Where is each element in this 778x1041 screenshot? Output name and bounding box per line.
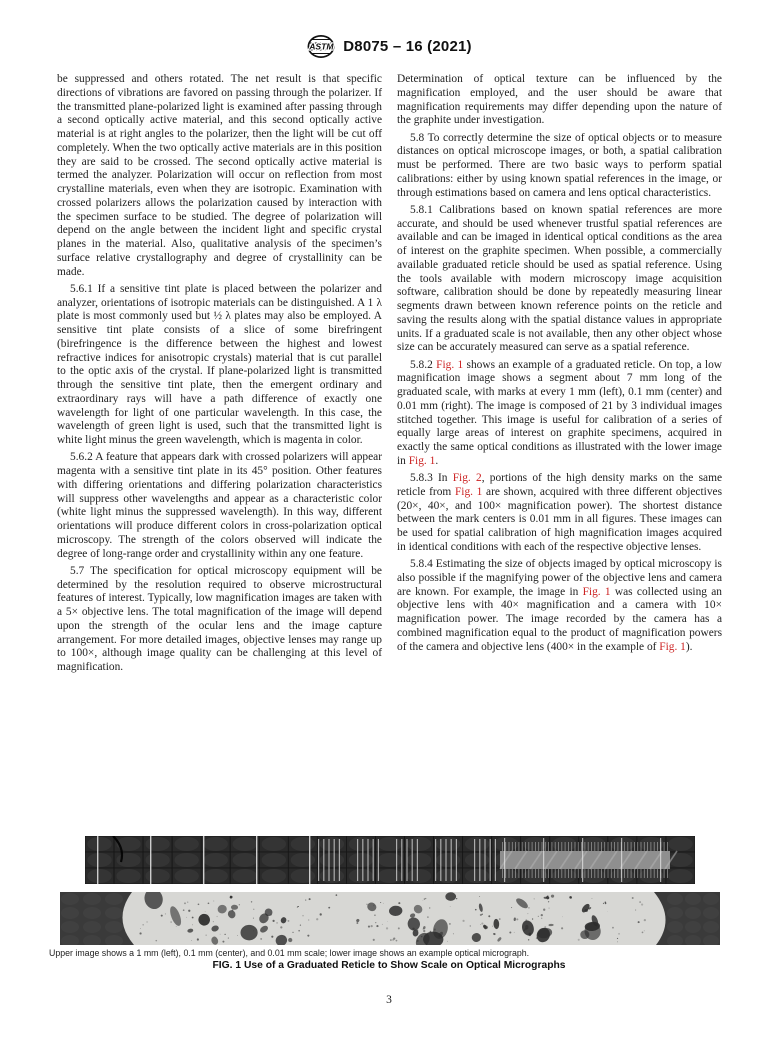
paragraph: 5.8.2 Fig. 1 shows an example of a gradu… — [397, 359, 722, 469]
graduated-reticle-image — [85, 836, 695, 884]
text-segment: 5.8.2 — [410, 359, 436, 371]
figure-reference-link[interactable]: Fig. 1 — [583, 586, 611, 598]
optical-micrograph-image — [60, 892, 720, 945]
svg-text:ASTM: ASTM — [308, 42, 334, 52]
text-segment: 5.8.1 Calibrations based on known spatia… — [397, 204, 722, 354]
paragraph: 5.6.2 A feature that appears dark with c… — [57, 451, 382, 561]
figure-reference-link[interactable]: Fig. 1 — [409, 455, 436, 467]
text-segment: ). — [686, 641, 693, 653]
figure-reference-link[interactable]: Fig. 1 — [455, 486, 482, 498]
standard-designation: D8075 – 16 (2021) — [343, 38, 472, 55]
document-body: be suppressed and others rotated. The ne… — [57, 73, 722, 675]
paragraph: 5.6.1 If a sensitive tint plate is place… — [57, 283, 382, 448]
figure-title: FIG. 1 Use of a Graduated Reticle to Sho… — [0, 960, 778, 971]
text-segment: 5.8.3 In — [410, 472, 453, 484]
text-segment: 5.7 The specification for optical micros… — [57, 565, 382, 673]
left-column: be suppressed and others rotated. The ne… — [57, 73, 382, 675]
paragraph: 5.7 The specification for optical micros… — [57, 565, 382, 675]
text-segment: 5.8 To correctly determine the size of o… — [397, 132, 722, 199]
paragraph: 5.8 To correctly determine the size of o… — [397, 132, 722, 201]
figure-note: Upper image shows a 1 mm (left), 0.1 mm … — [49, 948, 749, 958]
figure-reference-link[interactable]: Fig. 2 — [453, 472, 482, 484]
header: ASTM D8075 – 16 (2021) — [0, 34, 778, 59]
astm-logo-icon: ASTM — [306, 34, 336, 59]
text-segment: shows an example of a graduated reticle.… — [397, 359, 722, 467]
figure-reference-link[interactable]: Fig. 1 — [659, 641, 686, 653]
figure-reference-link[interactable]: Fig. 1 — [436, 359, 463, 371]
paragraph: 5.8.1 Calibrations based on known spatia… — [397, 204, 722, 355]
paragraph: Determination of optical texture can be … — [397, 73, 722, 128]
right-column: Determination of optical texture can be … — [397, 73, 722, 675]
text-segment: . — [435, 455, 438, 467]
paragraph: 5.8.4 Estimating the size of objects ima… — [397, 558, 722, 654]
text-segment: 5.6.2 A feature that appears dark with c… — [57, 451, 382, 559]
page-number: 3 — [0, 994, 778, 1006]
text-segment: be suppressed and others rotated. The ne… — [57, 73, 382, 278]
paragraph: be suppressed and others rotated. The ne… — [57, 73, 382, 279]
text-segment: 5.6.1 If a sensitive tint plate is place… — [57, 283, 382, 446]
paragraph: 5.8.3 In Fig. 2, portions of the high de… — [397, 472, 722, 555]
text-segment: Determination of optical texture can be … — [397, 73, 722, 126]
document-page: ASTM D8075 – 16 (2021) be suppressed and… — [0, 0, 778, 1041]
